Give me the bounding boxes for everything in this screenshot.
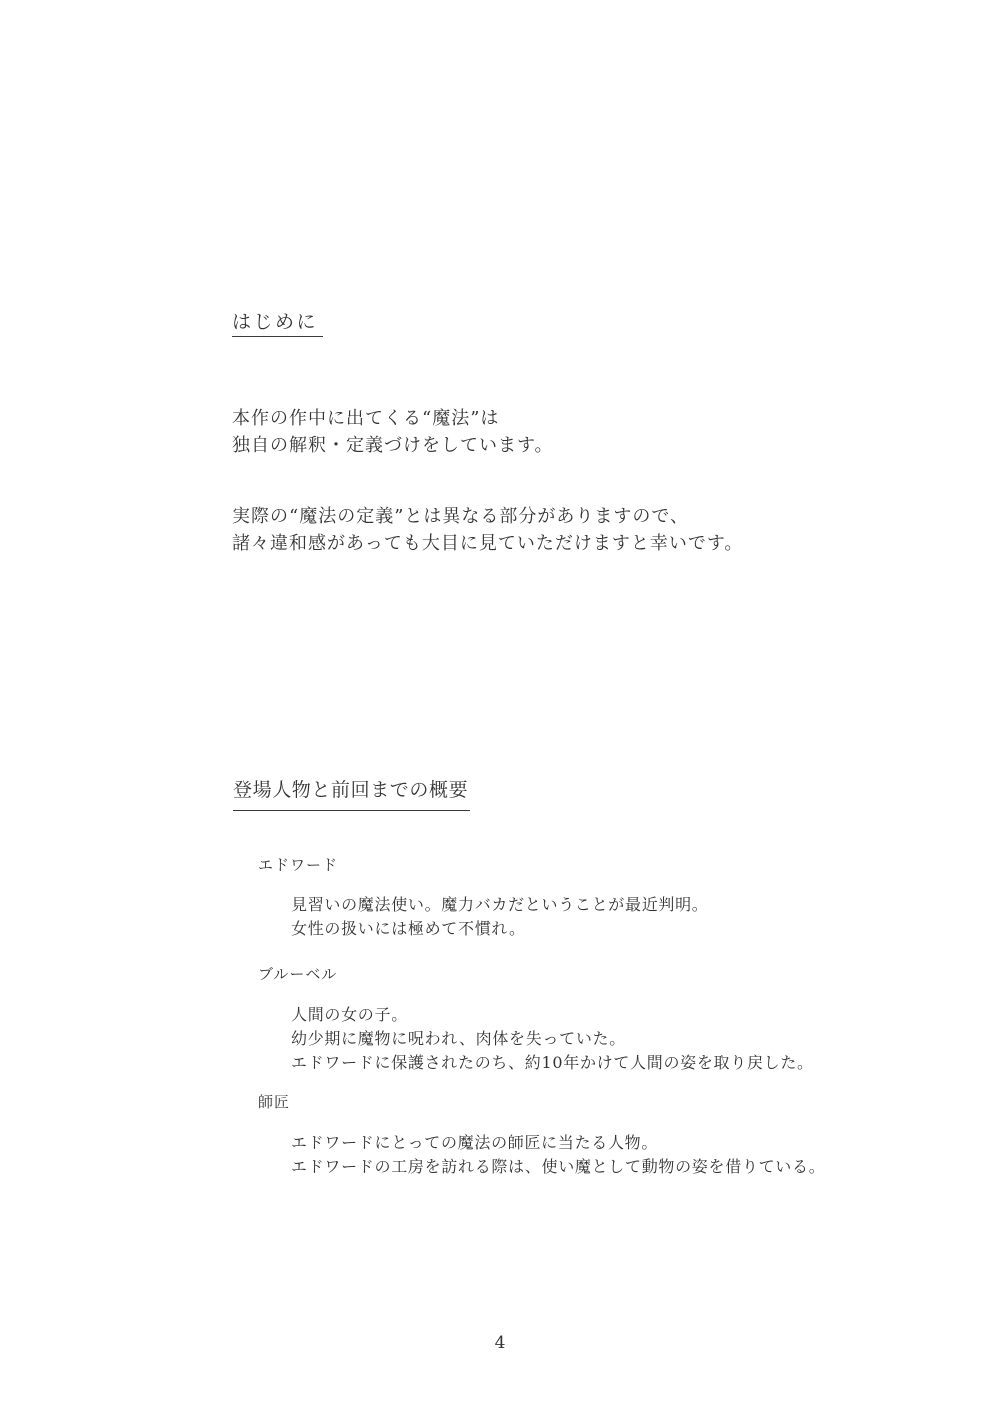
- character-description-line: エドワードに保護されたのち、約10年かけて人間の姿を取り戻した。: [291, 1051, 814, 1075]
- intro-heading: はじめに: [232, 312, 323, 337]
- intro-paragraph-1-line-2: 独自の解釈・定義づけをしています。: [232, 432, 554, 459]
- character-name-master: 師匠: [258, 1092, 290, 1112]
- character-description-edward: 見習いの魔法使い。魔力バカだということが最近判明。 女性の扱いには極めて不慣れ。: [291, 893, 709, 941]
- character-description-line: 幼少期に魔物に呪われ、肉体を失っていた。: [291, 1027, 814, 1051]
- intro-paragraph-2: 実際の“魔法の定義”とは異なる部分がありますので、 諸々違和感があっても大目に見…: [232, 503, 743, 557]
- intro-paragraph-1-line-1: 本作の作中に出てくる“魔法”は: [232, 405, 554, 432]
- document-page: はじめに 本作の作中に出てくる“魔法”は 独自の解釈・定義づけをしています。 実…: [0, 0, 1000, 1412]
- character-description-line: 人間の女の子。: [291, 1003, 814, 1027]
- intro-paragraph-1: 本作の作中に出てくる“魔法”は 独自の解釈・定義づけをしています。: [232, 405, 554, 459]
- character-name-bluebell: ブルーベル: [258, 964, 337, 984]
- character-name-edward: エドワード: [258, 855, 338, 875]
- characters-heading: 登場人物と前回までの概要: [233, 780, 470, 811]
- character-description-line: 見習いの魔法使い。魔力バカだということが最近判明。: [291, 893, 709, 917]
- character-description-line: エドワードにとっての魔法の師匠に当たる人物。: [291, 1131, 825, 1155]
- page-number: 4: [0, 1333, 1000, 1353]
- character-description-line: 女性の扱いには極めて不慣れ。: [291, 917, 709, 941]
- intro-paragraph-2-line-1: 実際の“魔法の定義”とは異なる部分がありますので、: [232, 503, 743, 530]
- intro-paragraph-2-line-2: 諸々違和感があっても大目に見ていただけますと幸いです。: [232, 530, 743, 557]
- character-description-master: エドワードにとっての魔法の師匠に当たる人物。 エドワードの工房を訪れる際は、使い…: [291, 1131, 825, 1179]
- character-description-bluebell: 人間の女の子。 幼少期に魔物に呪われ、肉体を失っていた。 エドワードに保護された…: [291, 1003, 814, 1075]
- character-description-line: エドワードの工房を訪れる際は、使い魔として動物の姿を借りている。: [291, 1155, 825, 1179]
